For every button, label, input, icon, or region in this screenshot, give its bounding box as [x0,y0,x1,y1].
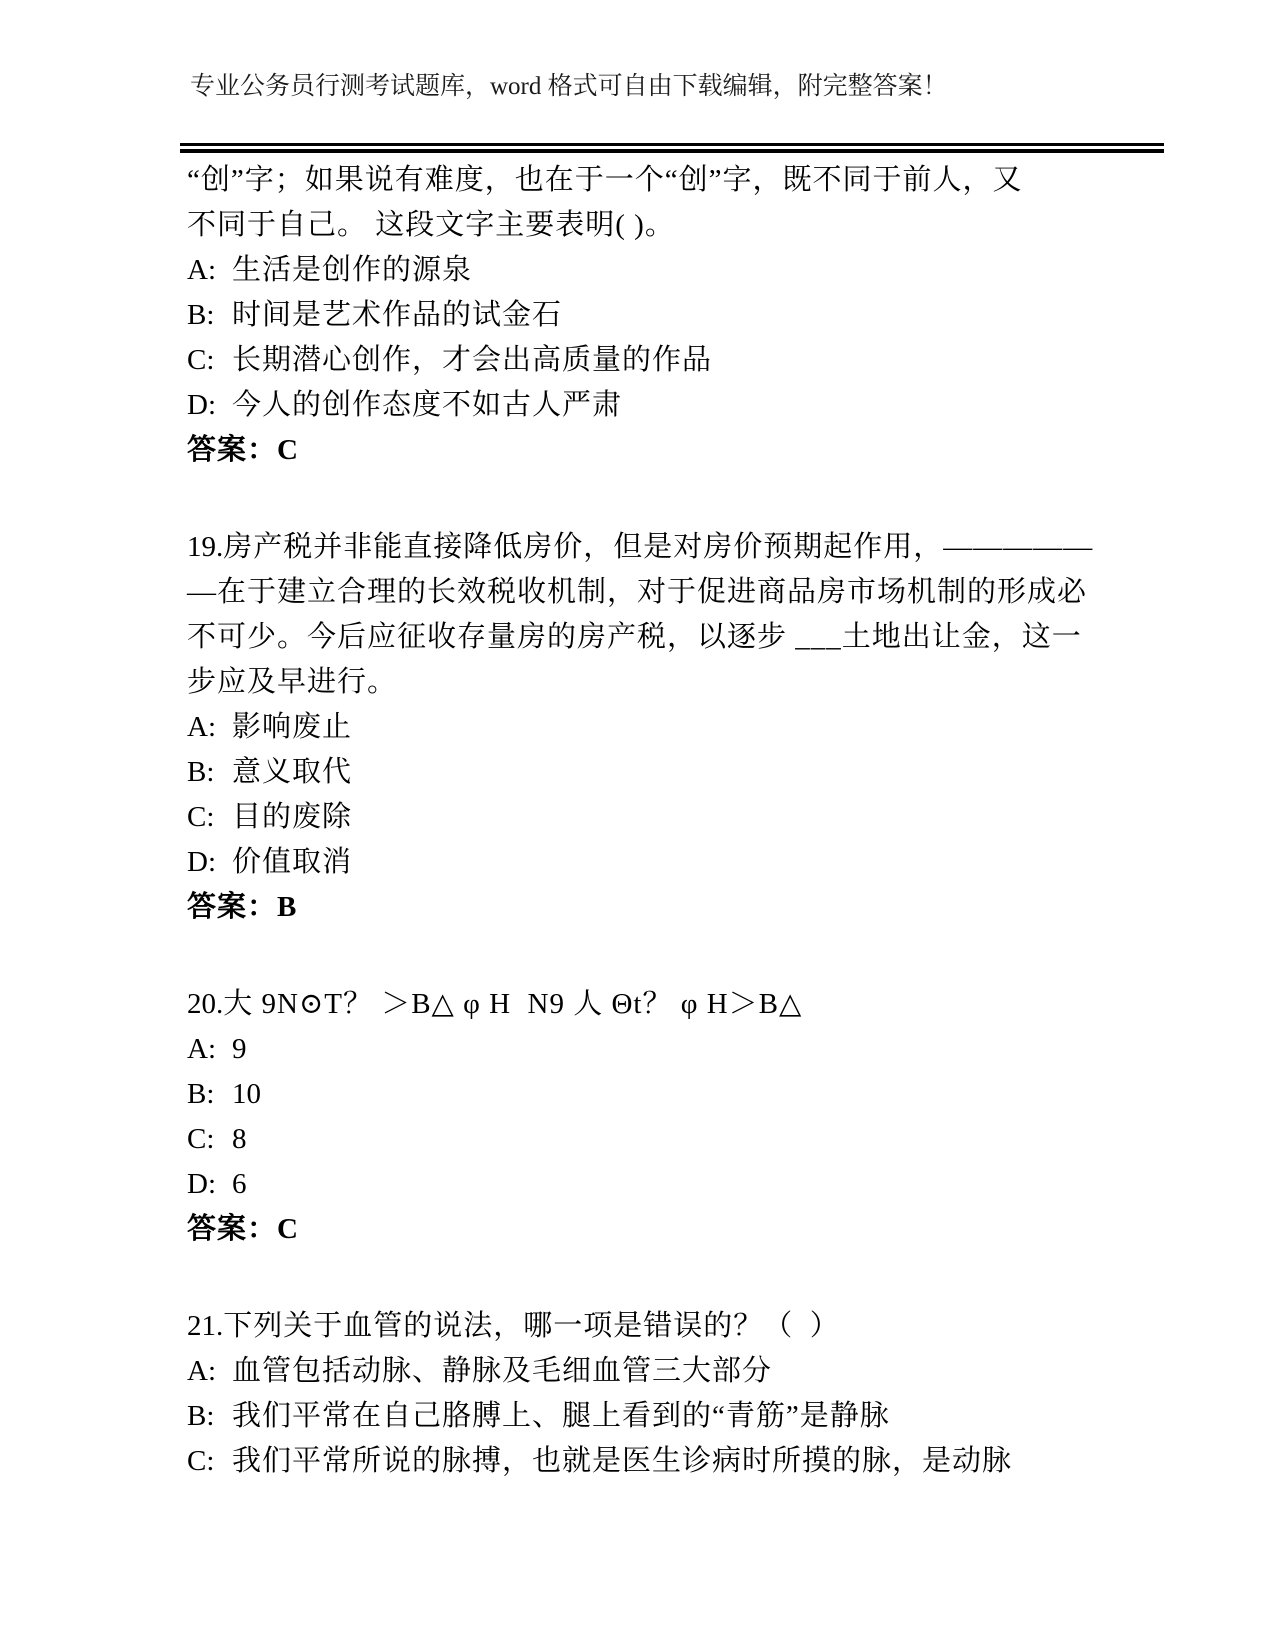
stem-text: 下列关于血管的说法，哪一项是错误的？（ ） [223,1310,840,1342]
option-label: B: [187,1394,232,1439]
question-block-20: 20.大 9N⊙T？ ＞B△ φ H N9 人 Θt？ φ H＞B△ A:9 B… [187,982,1093,1252]
option-label: C: [187,338,232,383]
option-label: C: [187,1117,232,1162]
question-block-19: 19.房产税并非能直接降低房价，但是对房价预期起作用，————— —在于建立合理… [187,525,1093,930]
option-row: D:今人的创作态度不如古人严肃 [187,383,1093,428]
stem-text: “创”字；如果说有难度，也在于一个“创”字，既不同于前人，又 [187,164,1023,196]
option-row: B:时间是艺术作品的试金石 [187,293,1093,338]
page-header-title: 专业公务员行测考试题库，word 格式可自由下载编辑，附完整答案！ [190,70,948,104]
option-label: B: [187,750,232,795]
stem-text: 房产税并非能直接降低房价，但是对房价预期起作用，————— [223,531,1093,563]
option-label: A: [187,705,232,750]
answer-value: B [277,891,297,923]
option-text: 9 [232,1033,247,1065]
answer-label: 答案： [187,434,277,466]
option-label: D: [187,1162,232,1207]
option-text: 生活是创作的源泉 [232,254,472,286]
option-label: A: [187,1027,232,1072]
stem-text: 步应及早进行。 [187,666,397,698]
question-stem-line: 19.房产税并非能直接降低房价，但是对房价预期起作用，————— [187,525,1093,570]
document-body: “创”字；如果说有难度，也在于一个“创”字，既不同于前人，又 不同于自己。 这段… [187,158,1093,1484]
option-text: 价值取消 [232,846,352,878]
option-label: C: [187,1439,232,1484]
question-stem-line: “创”字；如果说有难度，也在于一个“创”字，既不同于前人，又 [187,158,1093,203]
answer-row: 答案：C [187,428,1093,473]
option-row: B:10 [187,1072,1093,1117]
option-row: A:9 [187,1027,1093,1072]
option-label: A: [187,1349,232,1394]
question-number: 21. [187,1310,223,1342]
option-row: C:目的废除 [187,795,1093,840]
option-text: 我们平常所说的脉搏，也就是医生诊病时所摸的脉，是动脉 [232,1445,1012,1477]
option-label: B: [187,293,232,338]
stem-text: 不同于自己。 这段文字主要表明( )。 [187,209,675,241]
option-text: 意义取代 [232,756,352,788]
option-row: A:血管包括动脉、静脉及毛细血管三大部分 [187,1349,1093,1394]
answer-value: C [277,1213,299,1245]
option-text: 8 [232,1123,247,1155]
option-label: D: [187,840,232,885]
question-block-21: 21.下列关于血管的说法，哪一项是错误的？（ ） A:血管包括动脉、静脉及毛细血… [187,1304,1093,1484]
option-label: C: [187,795,232,840]
stem-text: 大 9N⊙T？ ＞B△ φ H N9 人 Θt？ φ H＞B△ [223,988,802,1020]
question-block-18-continuation: “创”字；如果说有难度，也在于一个“创”字，既不同于前人，又 不同于自己。 这段… [187,158,1093,473]
option-row: C:长期潜心创作，才会出高质量的作品 [187,338,1093,383]
header-divider [180,143,1164,153]
option-row: B:我们平常在自己胳膊上、腿上看到的“青筋”是静脉 [187,1394,1093,1439]
option-label: B: [187,1072,232,1117]
option-text: 10 [232,1078,261,1110]
question-stem-line: 20.大 9N⊙T？ ＞B△ φ H N9 人 Θt？ φ H＞B△ [187,982,1093,1027]
question-number: 19. [187,531,223,563]
option-row: D:6 [187,1162,1093,1207]
stem-text: —在于建立合理的长效税收机制，对于促进商品房市场机制的形成必 [187,576,1087,608]
option-text: 我们平常在自己胳膊上、腿上看到的“青筋”是静脉 [232,1400,890,1432]
option-row: A:生活是创作的源泉 [187,248,1093,293]
question-number: 20. [187,988,223,1020]
option-text: 长期潜心创作，才会出高质量的作品 [232,344,712,376]
answer-label: 答案： [187,891,277,923]
option-label: D: [187,383,232,428]
question-stem-line: 不同于自己。 这段文字主要表明( )。 [187,203,1093,248]
question-stem-line: 步应及早进行。 [187,660,1093,705]
option-text: 目的废除 [232,801,352,833]
option-row: C:我们平常所说的脉搏，也就是医生诊病时所摸的脉，是动脉 [187,1439,1093,1484]
option-text: 6 [232,1168,247,1200]
option-text: 时间是艺术作品的试金石 [232,299,562,331]
question-stem-line: 21.下列关于血管的说法，哪一项是错误的？（ ） [187,1304,1093,1349]
option-text: 影响废止 [232,711,352,743]
answer-value: C [277,434,299,466]
option-row: A:影响废止 [187,705,1093,750]
option-row: D:价值取消 [187,840,1093,885]
stem-text: 不可少。今后应征收存量房的房产税，以逐步 ___土地出让金，这一 [187,621,1082,653]
question-stem-line: 不可少。今后应征收存量房的房产税，以逐步 ___土地出让金，这一 [187,615,1093,660]
answer-row: 答案：B [187,885,1093,930]
document-page: 专业公务员行测考试题库，word 格式可自由下载编辑，附完整答案！ “创”字；如… [0,0,1275,1650]
answer-label: 答案： [187,1213,277,1245]
answer-row: 答案：C [187,1207,1093,1252]
question-stem-line: —在于建立合理的长效税收机制，对于促进商品房市场机制的形成必 [187,570,1093,615]
option-text: 血管包括动脉、静脉及毛细血管三大部分 [232,1355,772,1387]
option-row: B:意义取代 [187,750,1093,795]
option-text: 今人的创作态度不如古人严肃 [232,389,622,421]
option-label: A: [187,248,232,293]
option-row: C:8 [187,1117,1093,1162]
